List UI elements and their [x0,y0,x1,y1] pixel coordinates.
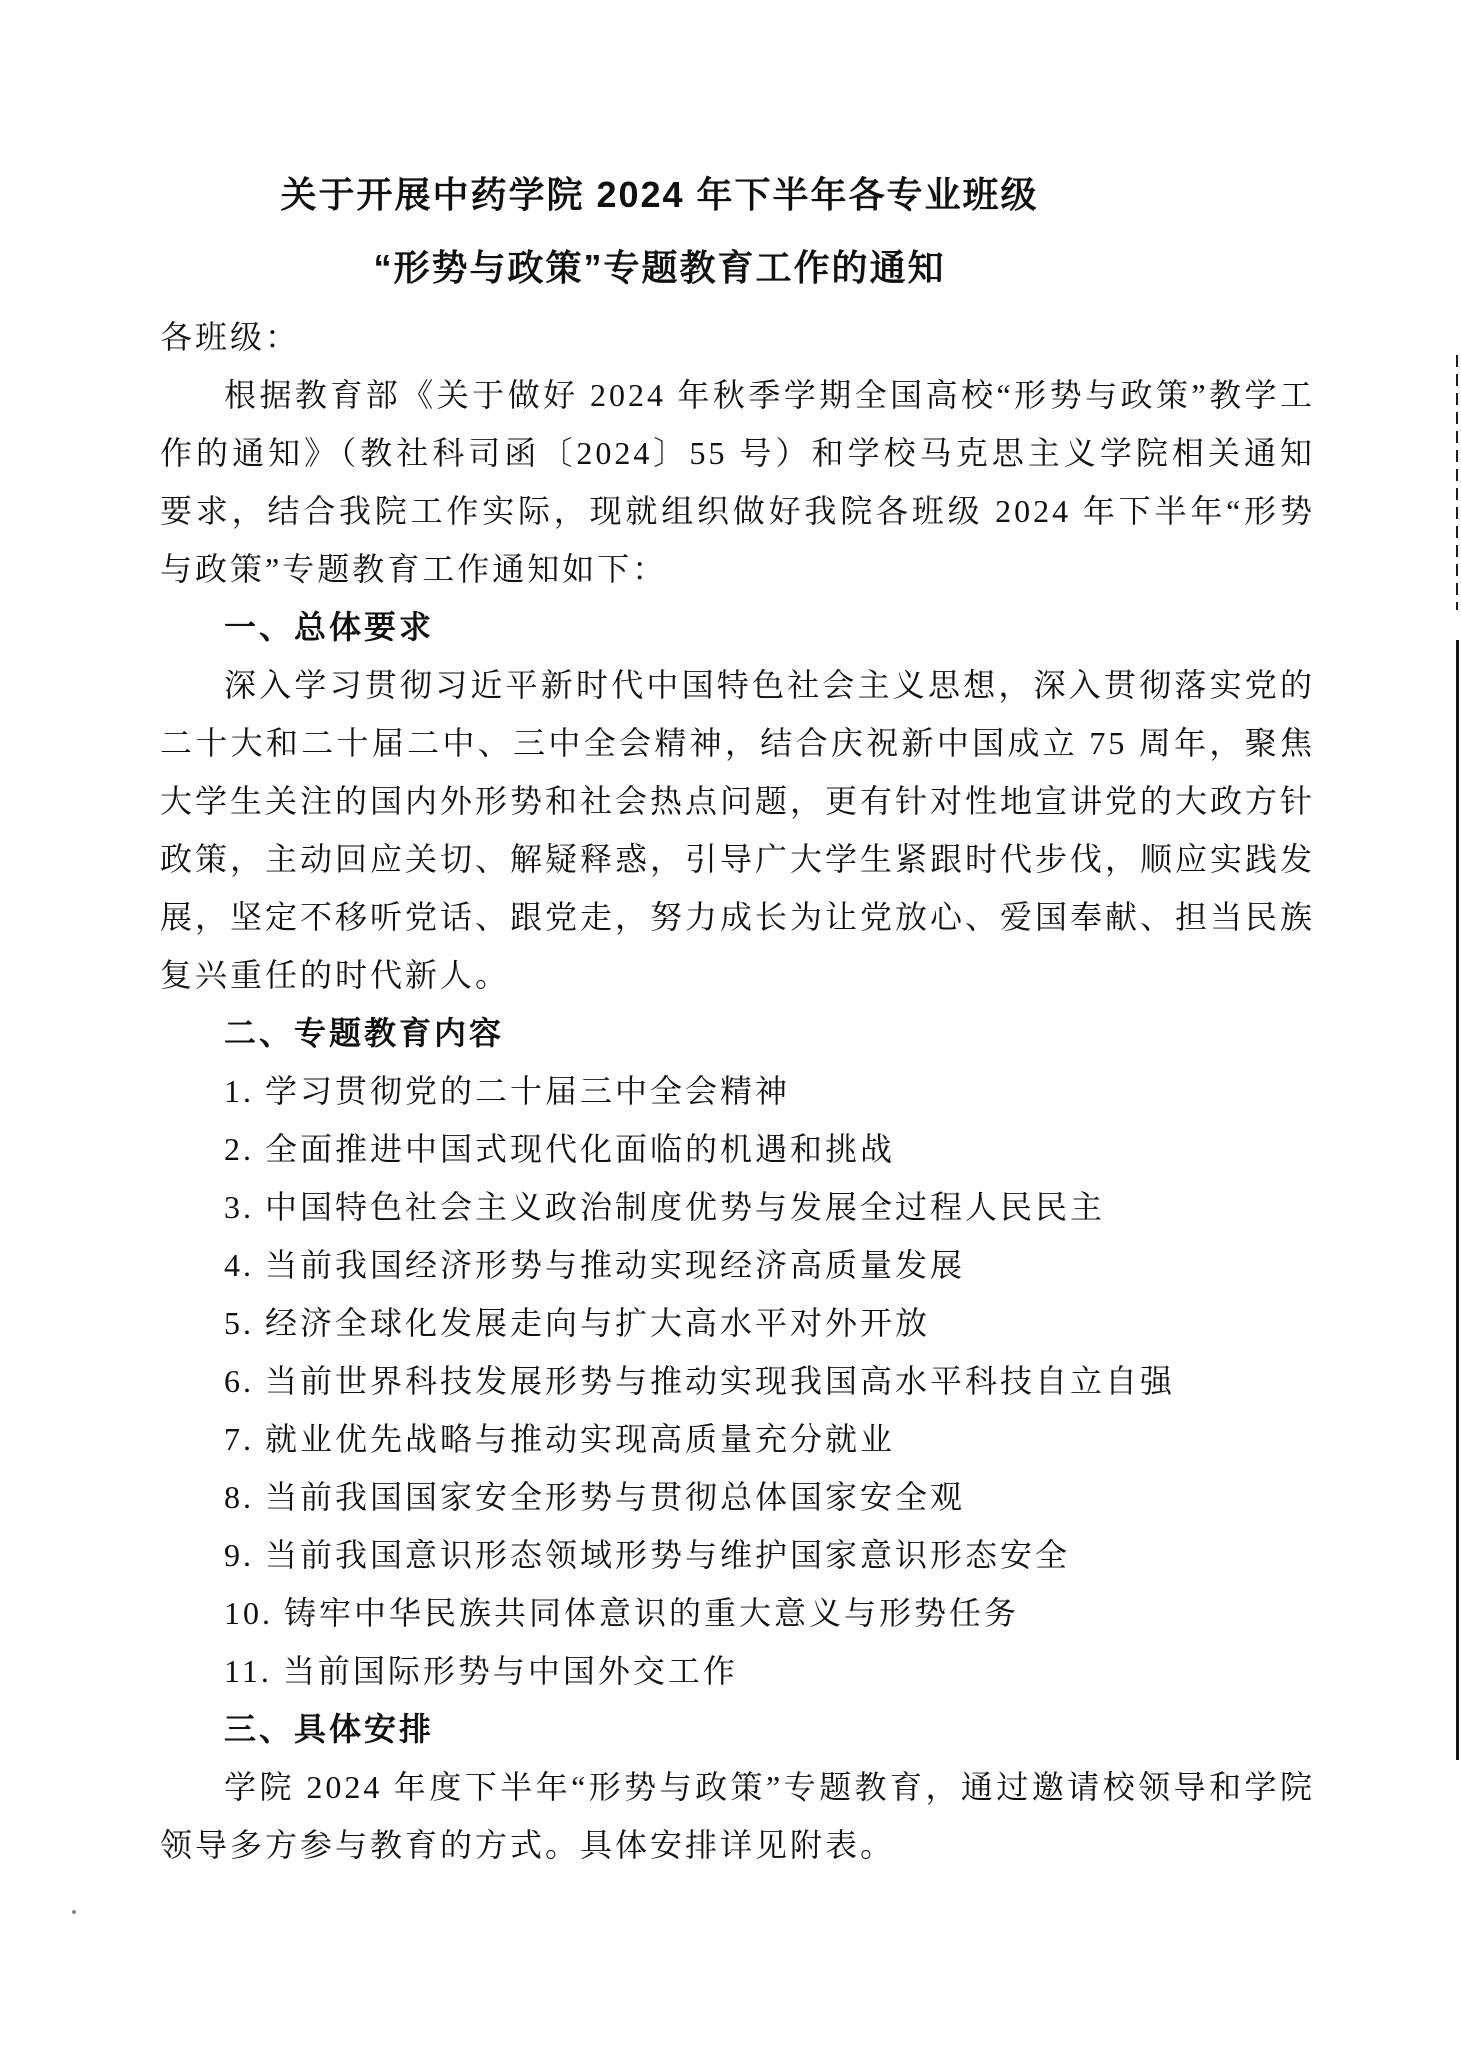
topic-list-item-4: 4. 当前我国经济形势与推动实现经济高质量发展 [160,1236,1315,1294]
document-title-line-1: 关于开展中药学院 2024 年下半年各专业班级 [82,158,1237,231]
section-1-heading: 一、总体要求 [160,598,1315,656]
scan-dot-artifact [72,1910,76,1914]
document-content: 关于开展中药学院 2024 年下半年各专业班级 “形势与政策”专题教育工作的通知… [0,0,1461,1874]
topic-list-item-1: 1. 学习贯彻党的二十届三中全会精神 [160,1062,1315,1120]
scan-edge-artifact-upper [1456,355,1458,610]
topic-list-item-3: 3. 中国特色社会主义政治制度优势与发展全过程人民民主 [160,1178,1315,1236]
section-3-body: 学院 2024 年度下半年“形势与政策”专题教育，通过邀请校领导和学院领导多方参… [160,1758,1315,1874]
topic-list-item-5: 5. 经济全球化发展走向与扩大高水平对外开放 [160,1294,1315,1352]
salutation: 各班级： [160,308,1315,366]
topic-list-item-8: 8. 当前我国国家安全形势与贯彻总体国家安全观 [160,1468,1315,1526]
topic-list-item-2: 2. 全面推进中国式现代化面临的机遇和挑战 [160,1120,1315,1178]
topic-list-item-6: 6. 当前世界科技发展形势与推动实现我国高水平科技自立自强 [160,1352,1315,1410]
scanned-notice-page: 关于开展中药学院 2024 年下半年各专业班级 “形势与政策”专题教育工作的通知… [0,0,1461,2071]
scan-edge-artifact-lower [1456,640,1459,1760]
section-2-heading: 二、专题教育内容 [160,1004,1315,1062]
section-1-body: 深入学习贯彻习近平新时代中国特色社会主义思想，深入贯彻落实党的二十大和二十届二中… [160,656,1315,1004]
intro-paragraph: 根据教育部《关于做好 2024 年秋季学期全国高校“形势与政策”教学工作的通知》… [160,366,1315,598]
topic-list-item-7: 7. 就业优先战略与推动实现高质量充分就业 [160,1410,1315,1468]
topic-list-item-11: 11. 当前国际形势与中国外交工作 [160,1642,1315,1700]
topic-list-item-10: 10. 铸牢中华民族共同体意识的重大意义与形势任务 [160,1584,1315,1642]
section-3-heading: 三、具体安排 [160,1700,1315,1758]
topic-list-item-9: 9. 当前我国意识形态领域形势与维护国家意识形态安全 [160,1526,1315,1584]
document-title-line-2: “形势与政策”专题教育工作的通知 [82,231,1237,304]
